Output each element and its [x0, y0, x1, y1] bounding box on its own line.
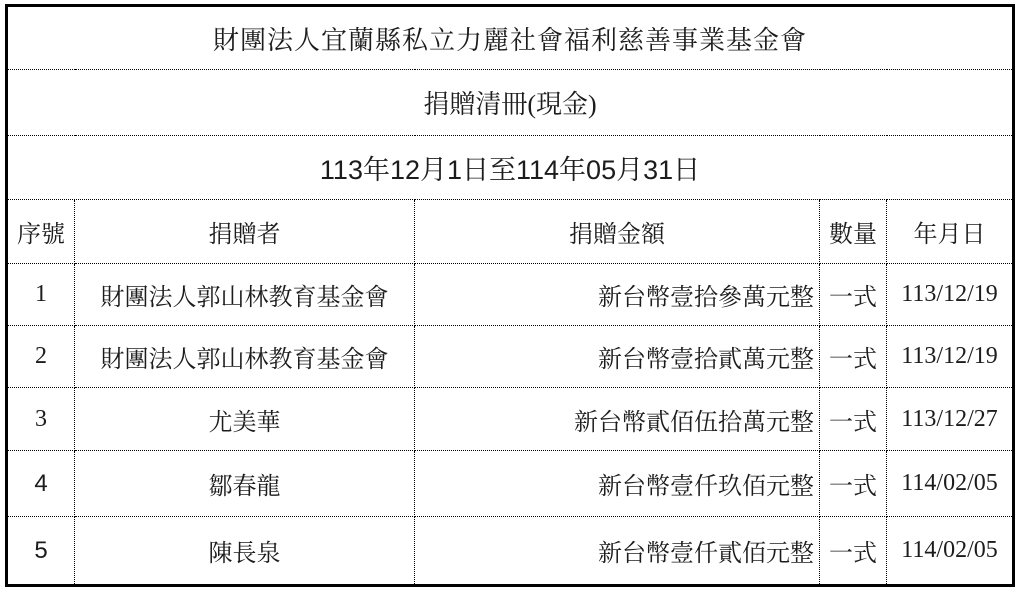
cell-serial: 1 — [7, 264, 75, 326]
cell-quantity: 一式 — [820, 451, 887, 517]
cell-date: 113/12/27 — [887, 388, 1014, 451]
table-row: 2 財團法人郭山林教育基金會 新台幣壹拾貳萬元整 一式 113/12/19 — [7, 326, 1014, 388]
cell-quantity: 一式 — [820, 264, 887, 326]
table-row: 1 財團法人郭山林教育基金會 新台幣壹拾參萬元整 一式 113/12/19 — [7, 264, 1014, 326]
col-header-quantity: 數量 — [820, 200, 887, 264]
cell-donor: 陳長泉 — [75, 517, 415, 586]
cell-serial: 2 — [7, 326, 75, 388]
column-header-row: 序號 捐贈者 捐贈金額 數量 年月日 — [7, 200, 1014, 264]
cell-quantity: 一式 — [820, 517, 887, 586]
cell-amount: 新台幣壹拾參萬元整 — [415, 264, 820, 326]
cell-donor: 尤美華 — [75, 388, 415, 451]
document-page: 財團法人宜蘭縣私立力麗社會福利慈善事業基金會 捐贈清冊(現金) 113年12月1… — [0, 0, 1020, 602]
title-row: 財團法人宜蘭縣私立力麗社會福利慈善事業基金會 — [7, 6, 1014, 70]
table-row: 4 鄒春龍 新台幣壹仟玖佰元整 一式 114/02/05 — [7, 451, 1014, 517]
cell-serial: 3 — [7, 388, 75, 451]
cell-date: 113/12/19 — [887, 264, 1014, 326]
cell-date: 113/12/19 — [887, 326, 1014, 388]
cell-amount: 新台幣壹仟貳佰元整 — [415, 517, 820, 586]
cell-date: 114/02/05 — [887, 451, 1014, 517]
cell-donor: 財團法人郭山林教育基金會 — [75, 326, 415, 388]
cell-date: 114/02/05 — [887, 517, 1014, 586]
cell-donor: 鄒春龍 — [75, 451, 415, 517]
cell-amount: 新台幣貳佰伍拾萬元整 — [415, 388, 820, 451]
cell-donor: 財團法人郭山林教育基金會 — [75, 264, 415, 326]
cell-quantity: 一式 — [820, 326, 887, 388]
col-header-date: 年月日 — [887, 200, 1014, 264]
cell-amount: 新台幣壹仟玖佰元整 — [415, 451, 820, 517]
subtitle-row: 捐贈清冊(現金) — [7, 70, 1014, 136]
cell-amount: 新台幣壹拾貳萬元整 — [415, 326, 820, 388]
cell-quantity: 一式 — [820, 388, 887, 451]
page-subtitle: 捐贈清冊(現金) — [7, 70, 1014, 136]
cell-serial: 5 — [7, 517, 75, 586]
col-header-serial: 序號 — [7, 200, 75, 264]
table-row: 5 陳長泉 新台幣壹仟貳佰元整 一式 114/02/05 — [7, 517, 1014, 586]
page-title: 財團法人宜蘭縣私立力麗社會福利慈善事業基金會 — [7, 6, 1014, 70]
period-text: 113年12月1日至114年05月31日 — [7, 136, 1014, 200]
donation-table: 財團法人宜蘭縣私立力麗社會福利慈善事業基金會 捐贈清冊(現金) 113年12月1… — [5, 4, 1015, 587]
col-header-amount: 捐贈金額 — [415, 200, 820, 264]
table-row: 3 尤美華 新台幣貳佰伍拾萬元整 一式 113/12/27 — [7, 388, 1014, 451]
cell-serial: 4 — [7, 451, 75, 517]
col-header-donor: 捐贈者 — [75, 200, 415, 264]
period-row: 113年12月1日至114年05月31日 — [7, 136, 1014, 200]
